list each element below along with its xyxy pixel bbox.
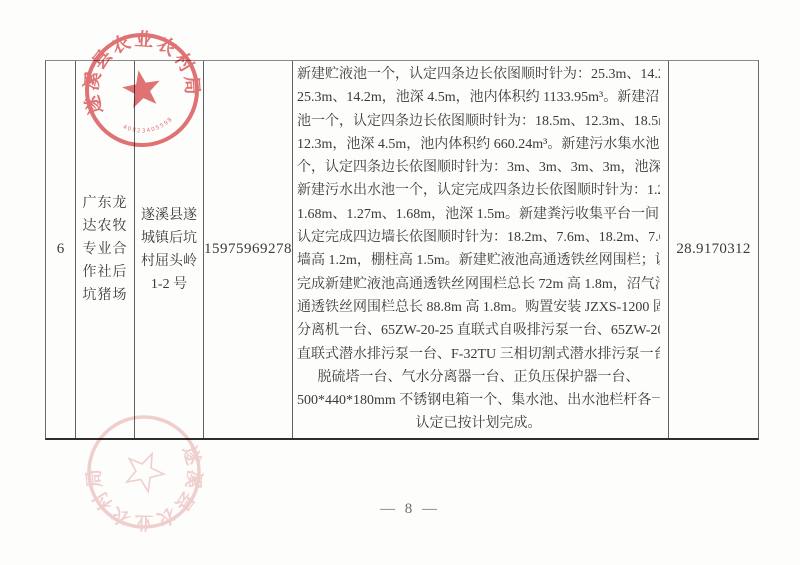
farm-name-line: 坑猪场 <box>83 284 128 307</box>
seal-org-text: 遂溪县农业农村局 <box>81 443 217 545</box>
description-line: 12.3m，池深 4.5m，池内体积约 660.24m³。新建污水集水池一 <box>297 133 660 156</box>
phone-number: 15975969278 <box>204 241 292 258</box>
description-cell: 新建贮液池一个，认定四条边长依图顺时针为：25.3m、14.2m、 25.3m、… <box>293 61 669 438</box>
farm-name-cell: 广东龙 达农牧 专业合 作社后 坑猪场 <box>76 61 135 438</box>
address-line: 城镇后坑 <box>141 227 197 250</box>
page-number: — 8 — <box>340 501 480 518</box>
description-line: 完成新建贮液池高通透铁丝网围栏总长 72m 高 1.8m，沼气池高 <box>297 273 660 296</box>
description-line: 认定已按计划完成。 <box>297 412 660 435</box>
description-line: 通透铁丝网围栏总长 88.8m 高 1.8m。购置安装 JZXS-1200 固液 <box>297 296 660 319</box>
address-line: 遂溪县遂 <box>141 204 197 227</box>
farm-name-line: 达农牧 <box>83 215 128 238</box>
row-index-cell: 6 <box>46 61 76 438</box>
records-table: 6 广东龙 达农牧 专业合 作社后 坑猪场 遂溪县遂 城镇后坑 村屈头岭 1-2… <box>45 60 759 440</box>
farm-name-line: 作社后 <box>83 261 128 284</box>
svg-text:遂溪县农业农村局: 遂溪县农业农村局 <box>81 443 217 545</box>
row-index: 6 <box>57 241 65 258</box>
description-line: 新建污水出水池一个，认定完成四条边长依图顺时针为：1.27m、 <box>297 179 660 202</box>
description-line: 500*440*180mm 不锈钢电箱一个、集水池、出水池栏杆各一个； <box>297 389 660 412</box>
scanned-document-page: 6 广东龙 达农牧 专业合 作社后 坑猪场 遂溪县遂 城镇后坑 村屈头岭 1-2… <box>0 0 800 565</box>
description-line: 认定完成四边墙长依图顺时针为：18.2m、7.6m、18.2m、7.6m， <box>297 226 660 249</box>
description-line: 脱硫塔一台、气水分离器一台、正负压保护器一台、 <box>297 366 660 389</box>
address-line: 村屈头岭 <box>141 250 197 273</box>
description-line: 个，认定四条边长依图顺时针为：3m、3m、3m、3m，池深 3m。 <box>297 156 660 179</box>
description-line: 25.3m、14.2m，池深 4.5m，池内体积约 1133.95m³。新建沼气 <box>297 86 660 109</box>
amount-value: 28.9170312 <box>676 241 750 258</box>
amount-cell: 28.9170312 <box>669 61 758 438</box>
description-line: 直联式潜水排污泵一台、F-32TU 三相切割式潜水排污泵一台、 <box>297 343 660 366</box>
phone-cell: 15975969278 <box>204 61 293 438</box>
star-icon <box>122 452 167 495</box>
description-line: 分离机一台、65ZW-20-25 直联式自吸排污泵一台、65ZW-20-25 <box>297 319 660 342</box>
address-cell: 遂溪县遂 城镇后坑 村屈头岭 1-2 号 <box>135 61 204 438</box>
farm-name-line: 专业合 <box>83 238 128 261</box>
description-line: 1.68m、1.27m、1.68m，池深 1.5m。新建粪污收集平台一间， <box>297 203 660 226</box>
description-line: 墙高 1.2m，棚柱高 1.5m。新建贮液池高通透铁丝网围栏；认定 <box>297 249 660 272</box>
address-line: 1-2 号 <box>151 273 187 296</box>
farm-name-line: 广东龙 <box>83 192 128 215</box>
description-line: 新建贮液池一个，认定四条边长依图顺时针为：25.3m、14.2m、 <box>297 63 660 86</box>
description-line: 池一个，认定四条边长依图顺时针为：18.5m、12.3m、18.5m、 <box>297 110 660 133</box>
